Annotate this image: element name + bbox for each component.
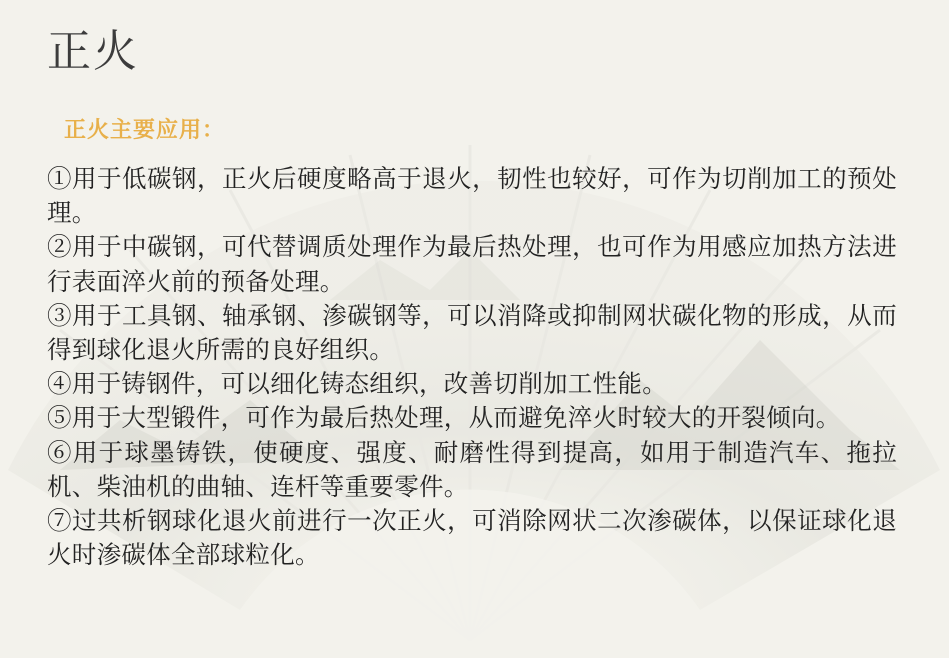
list-item-4: ④用于铸钢件，可以细化铸态组织，改善切削加工性能。 — [47, 367, 897, 401]
list-item-6: ⑥用于球墨铸铁，使硬度、强度、耐磨性得到提高，如用于制造汽车、拖拉机、柴油机的曲… — [47, 436, 897, 504]
list-item-7: ⑦过共析钢球化退火前进行一次正火，可消除网状二次渗碳体，以保证球化退火时渗碳体全… — [47, 504, 897, 572]
list-item-1: ①用于低碳钢，正火后硬度略高于退火，韧性也较好，可作为切削加工的预处理。 — [47, 162, 897, 230]
slide-title: 正火 — [47, 26, 139, 78]
section-subtitle: 正火主要应用： — [64, 115, 225, 147]
list-item-5: ⑤用于大型锻件，可作为最后热处理，从而避免淬火时较大的开裂倾向。 — [47, 401, 897, 435]
application-list: ①用于低碳钢，正火后硬度略高于退火，韧性也较好，可作为切削加工的预处理。 ②用于… — [47, 162, 897, 572]
list-item-2: ②用于中碳钢，可代替调质处理作为最后热处理，也可作为用感应加热方法进行表面淬火前… — [47, 230, 897, 298]
slide: 正火 正火主要应用： ①用于低碳钢，正火后硬度略高于退火，韧性也较好，可作为切削… — [0, 0, 949, 658]
list-item-3: ③用于工具钢、轴承钢、渗碳钢等，可以消降或抑制网状碳化物的形成，从而得到球化退火… — [47, 299, 897, 367]
